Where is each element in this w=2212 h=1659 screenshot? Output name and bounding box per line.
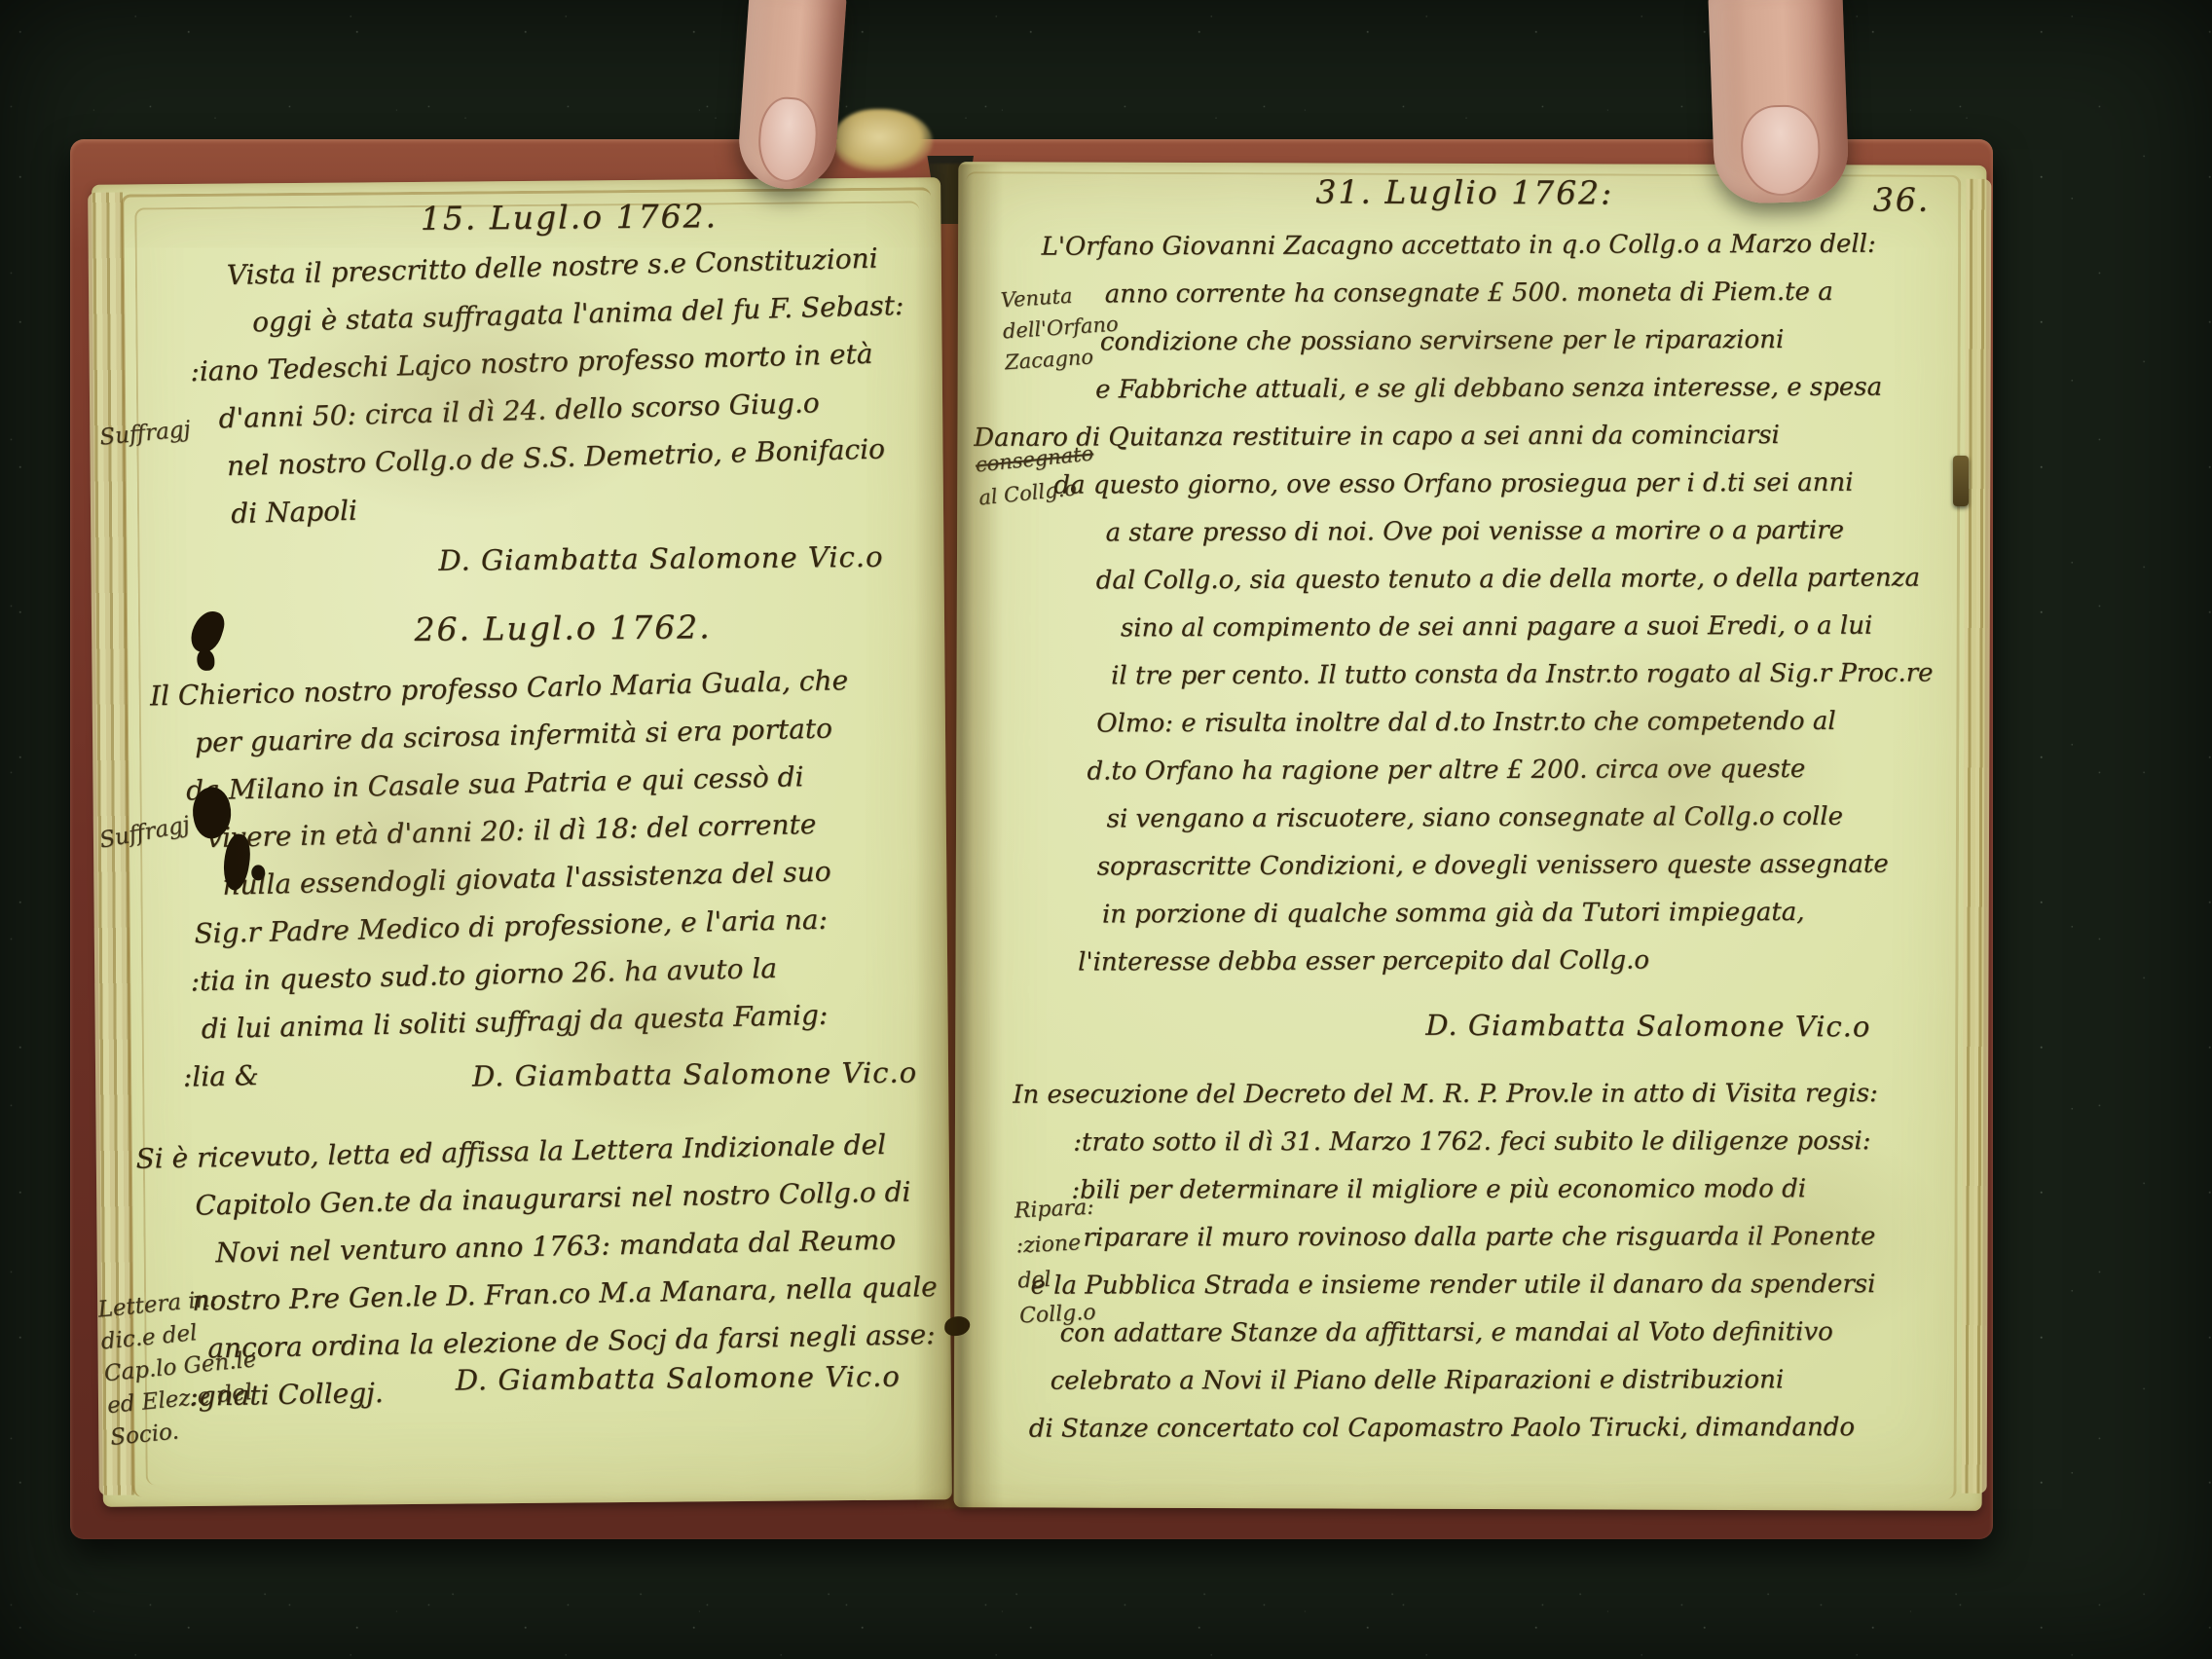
left-page: 15. Lugl.o 1762. Vista il prescritto del… xyxy=(92,177,952,1507)
manuscript-line: dal Collg.o, sia questo tenuto a die del… xyxy=(1096,554,1934,605)
page-number: 36. xyxy=(1873,180,1931,218)
manuscript-line: l'interesse debba esser percepito dal Co… xyxy=(1078,936,1935,986)
manuscript-line: in porzione di qualche somma già da Tuto… xyxy=(1102,888,1935,939)
margin-note-line: :zione xyxy=(1015,1226,1097,1265)
manuscript-line: da questo giorno, ove esso Orfano prosie… xyxy=(1053,459,1933,509)
manuscript-line: :bili per determinare il migliore e più … xyxy=(1071,1165,1878,1214)
manuscript-line: Olmo: e risulta inoltre dal d.to Instr.t… xyxy=(1096,697,1934,748)
margin-note-line: Ripara: xyxy=(1014,1191,1095,1230)
finger-left xyxy=(736,0,847,192)
entry-date-heading: 31. Luglio 1762: xyxy=(1231,172,1698,212)
manuscript-line: il tre per cento. Il tutto consta da Ins… xyxy=(1111,649,1934,700)
vicar-signature: D. Giambatta Salomone Vic.o xyxy=(1364,1009,1870,1044)
ink-blot xyxy=(197,649,214,671)
ink-blot xyxy=(251,865,265,880)
manuscript-line: con adattare Stanze da affittarsi, e man… xyxy=(1060,1309,1879,1357)
entry-date-heading: 26. Lugl.o 1762. xyxy=(334,608,792,649)
manuscript-line: riparare il muro rovinoso dalla parte ch… xyxy=(1083,1213,1878,1262)
manuscript-line: celebrato a Novi il Piano delle Riparazi… xyxy=(1051,1356,1879,1405)
manuscript-line: Danaro di Quitanza restituire in capo a … xyxy=(974,411,1933,461)
manuscript-line: d.to Orfano ha ragione per altre £ 200. … xyxy=(1087,745,1934,795)
manuscript-line: e la Pubblica Strada e insieme render ut… xyxy=(1030,1261,1878,1310)
manuscript-line: soprascritte Condizioni, e dovegli venis… xyxy=(1097,840,1935,891)
margin-note-venuta: Venuta dell'Orfano Zacagno xyxy=(1000,277,1122,379)
fingernail xyxy=(1740,104,1822,198)
page-edge-stack xyxy=(1962,179,1992,1493)
manuscript-line: sino al compimento de sei anni pagare a … xyxy=(1121,602,1934,652)
manuscript-line: :trato sotto il dì 31. Marzo 1762. feci … xyxy=(1073,1118,1878,1166)
right-page: 36. 31. Luglio 1762: L'Orfano Giovanni Z… xyxy=(954,162,1987,1511)
vicar-signature: D. Giambatta Salomone Vic.o xyxy=(394,1360,901,1398)
manuscript-line: di Stanze concertato col Capomastro Paol… xyxy=(1029,1404,1879,1454)
binding-clasp xyxy=(1953,456,1969,506)
entry-text: L'Orfano Giovanni Zacagno accettato in q… xyxy=(1041,220,1934,986)
margin-note-consegnato: consegnato al Collg.o xyxy=(974,436,1098,514)
manuscript-line: condizione che possiano servirsene per l… xyxy=(1100,315,1933,366)
manuscript-line: L'Orfano Giovanni Zacagno accettato in q… xyxy=(1041,220,1932,271)
vicar-signature: D. Giambatta Salomone Vic.o xyxy=(411,1055,917,1093)
ink-blot xyxy=(944,1316,970,1336)
entry-text: Vista il prescritto delle nostre s.e Con… xyxy=(158,234,909,539)
margin-note-line: del xyxy=(1017,1261,1099,1300)
entry-text: In esecuzione del Decreto del M. R. P. P… xyxy=(1013,1070,1878,1454)
manuscript-line: In esecuzione del Decreto del M. R. P. P… xyxy=(1013,1070,1878,1120)
manuscript-line: e Fabbriche attuali, e se gli debbano se… xyxy=(1095,363,1933,414)
margin-note-line: Collg.o xyxy=(1018,1295,1100,1334)
photo-background: 15. Lugl.o 1762. Vista il prescritto del… xyxy=(0,0,2212,1659)
finger-right xyxy=(1708,0,1850,204)
binding-fray xyxy=(835,109,933,171)
vicar-signature: D. Giambatta Salomone Vic.o xyxy=(338,540,883,578)
manuscript-line: a stare presso di noi. Ove poi venisse a… xyxy=(1105,506,1933,557)
margin-note-lettera: Lettera in: dic.e del Cap.lo Gen.le ed E… xyxy=(96,1278,281,1455)
manuscript-line: si vengano a riscuotere, siano consegnat… xyxy=(1107,793,1935,843)
margin-note-riparazione: Ripara: :zione del Collg.o xyxy=(1014,1191,1100,1335)
entry-date-heading: 15. Lugl.o 1762. xyxy=(340,197,797,239)
manuscript-line: anno corrente ha consegnate £ 500. monet… xyxy=(1105,268,1933,318)
fingernail xyxy=(756,95,820,184)
